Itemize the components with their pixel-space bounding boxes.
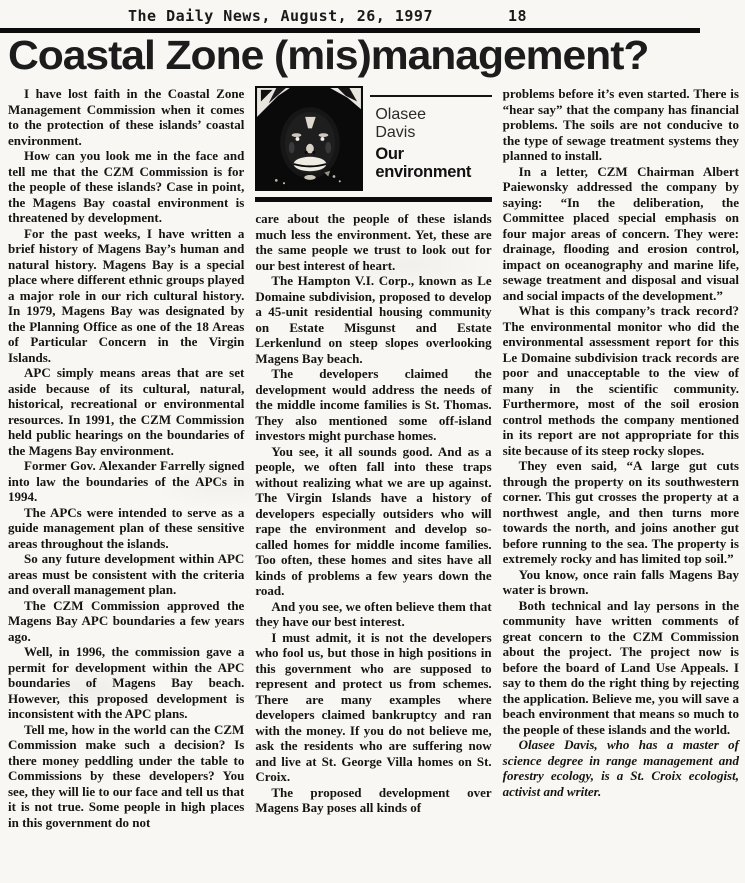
byline-block: Olasee Davis Our environment <box>255 86 491 202</box>
paragraph: I must admit, it is not the developers w… <box>255 630 491 785</box>
byline-rule-bottom <box>255 197 491 202</box>
paragraph: So any future development within APC are… <box>8 551 244 598</box>
paragraph: How can you look me in the face and tell… <box>8 148 244 226</box>
author-name: Olasee Davis <box>375 106 445 142</box>
article-column-3: problems before it’s even started. There… <box>503 86 739 883</box>
column-title: Our environment <box>375 146 475 182</box>
paragraph: The Hampton V.I. Corp., known as Le Doma… <box>255 273 491 366</box>
paragraph: For the past weeks, I have written a bri… <box>8 226 244 366</box>
paragraph: The proposed development over Magens Bay… <box>255 785 491 816</box>
paragraph: You know, once rain falls Magens Bay wat… <box>503 567 739 598</box>
article-column-1: I have lost faith in the Coastal Zone Ma… <box>8 86 244 883</box>
paragraph: Both technical and lay persons in the co… <box>503 598 739 738</box>
page-number: 18 <box>508 7 527 25</box>
paragraph: Well, in 1996, the commission gave a per… <box>8 644 244 722</box>
article-column-2: Olasee Davis Our environment care about … <box>255 86 491 883</box>
masthead-title: The Daily News, August, 26, 1997 <box>128 7 433 25</box>
paragraph: The CZM Commission approved the Magens B… <box>8 598 244 645</box>
paragraph: In a letter, CZM Chairman Albert Paiewon… <box>503 164 739 304</box>
byline-rule-top <box>370 95 491 97</box>
paragraph: You see, it all sounds good. And as a pe… <box>255 444 491 599</box>
author-photo-image <box>257 88 361 189</box>
article-body: I have lost faith in the Coastal Zone Ma… <box>0 76 745 883</box>
paragraph: The developers claimed the development w… <box>255 366 491 444</box>
paragraph: care about the people of these islands m… <box>255 211 491 273</box>
paragraph: And you see, we often believe them that … <box>255 599 491 630</box>
paragraph: I have lost faith in the Coastal Zone Ma… <box>8 86 244 148</box>
headline: Coastal Zone (mis)management? <box>8 35 745 76</box>
paragraph: APC simply means areas that are set asid… <box>8 365 244 458</box>
masthead: The Daily News, August, 26, 1997 18 <box>0 0 745 25</box>
paragraph: What is this company’s track record? The… <box>503 303 739 458</box>
paragraph: Tell me, how in the world can the CZM Co… <box>8 722 244 831</box>
author-photo <box>255 86 363 191</box>
newspaper-page: The Daily News, August, 26, 1997 18 Coas… <box>0 0 745 883</box>
paragraph: Former Gov. Alexander Farrelly signed in… <box>8 458 244 505</box>
paragraph: The APCs were intended to serve as a gui… <box>8 505 244 552</box>
paragraph: problems before it’s even started. There… <box>503 86 739 164</box>
author-bio: Olasee Davis, who has a master of scienc… <box>503 737 739 799</box>
paragraph: They even said, “A large gut cuts throug… <box>503 458 739 567</box>
